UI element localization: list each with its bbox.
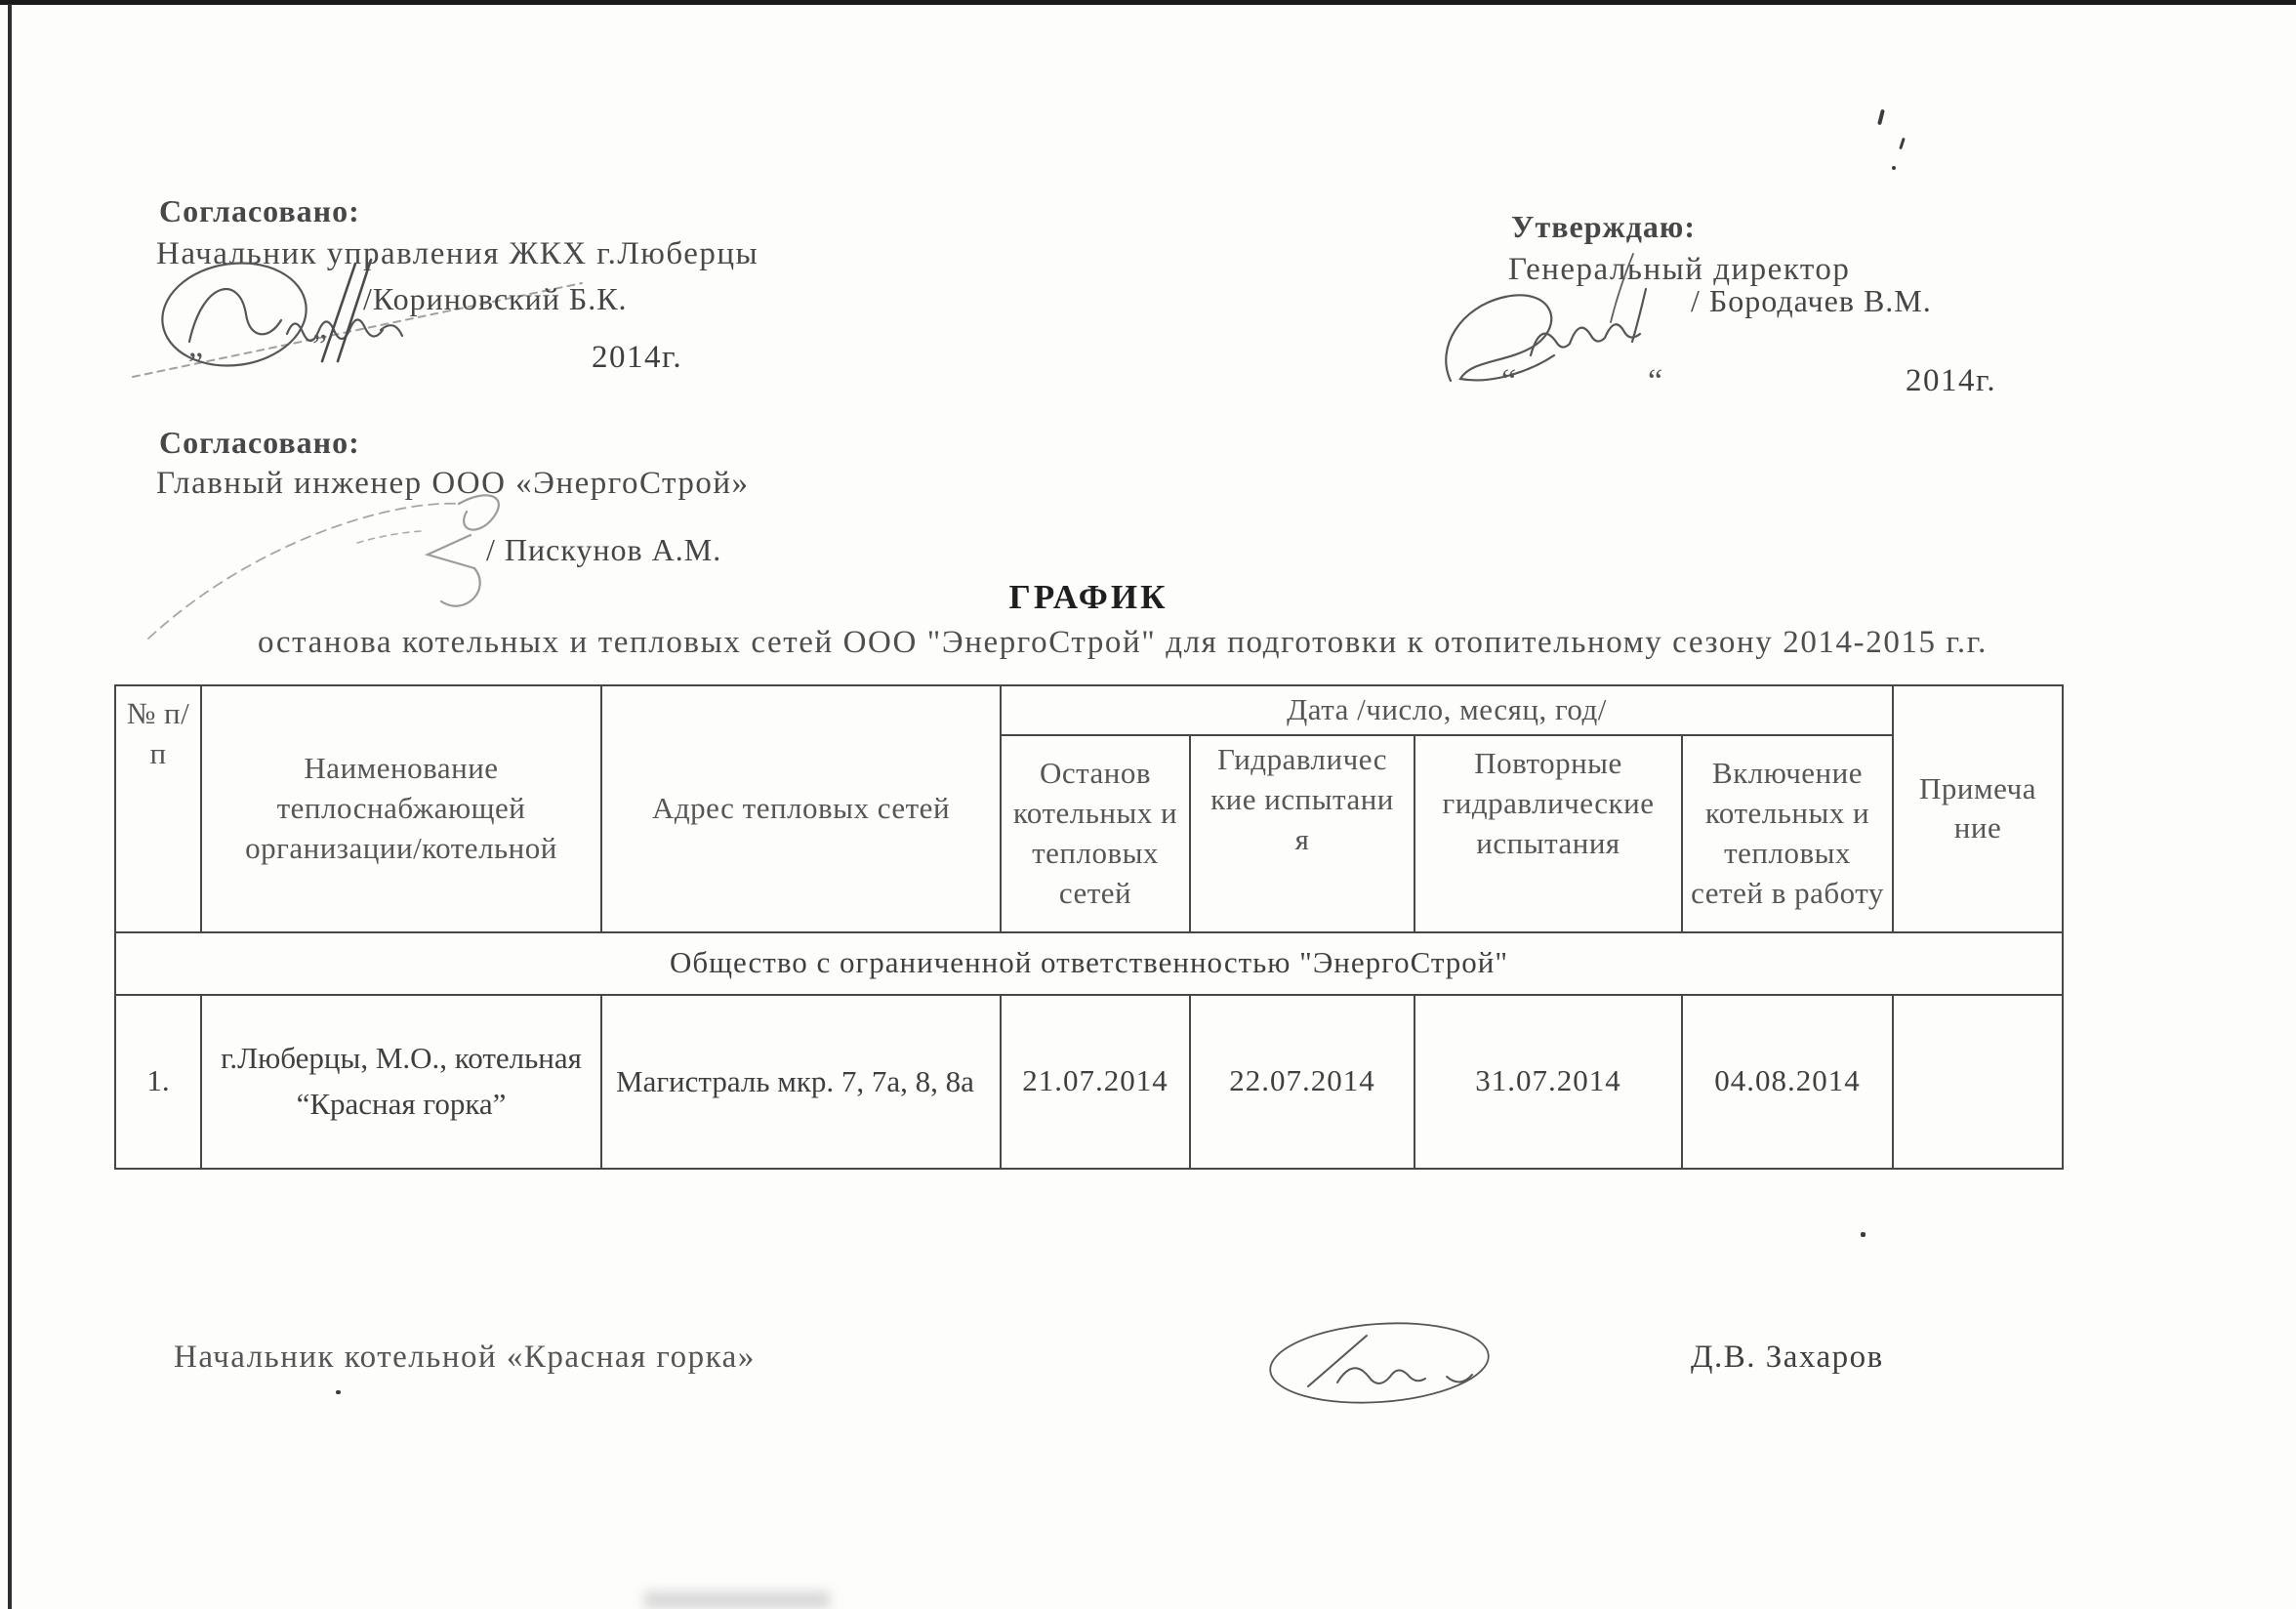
scan-smudge: [644, 1591, 830, 1609]
cell-note: [1893, 995, 2063, 1169]
approval-left-signatory: /Кориновский Б.К.: [363, 281, 628, 317]
page-subtitle: останова котельных и тепловых сетей ООО …: [258, 625, 1988, 660]
col-header-address: Адрес тепловых сетей: [601, 685, 1001, 932]
approval-left2-heading: Согласовано:: [159, 423, 360, 464]
scan-edge-top: [0, 0, 2296, 5]
scan-speck: [1899, 138, 1906, 149]
footer-name: Д.В. Захаров: [1691, 1340, 1884, 1376]
approval-left-heading: Согласовано:: [159, 191, 360, 232]
col-header-org: Наименование теплоснабжающей организации…: [201, 685, 601, 932]
footer-role: Начальник котельной «Красная горка»: [174, 1340, 756, 1376]
scan-speck: [1892, 166, 1896, 170]
korinovsky-signature: [125, 246, 652, 392]
col-header-start: Включение котельных и тепловых сетей в р…: [1682, 735, 1893, 932]
col-header-note: Примечание: [1893, 685, 2063, 932]
schedule-table-wrap: № п/п Наименование теплоснабжающей орган…: [114, 684, 2064, 1170]
approval-left-date: 2014г.: [592, 340, 682, 376]
scan-speck: [336, 1390, 341, 1394]
schedule-table: № п/п Наименование теплоснабжающей орган…: [114, 684, 2064, 1170]
section-row: Общество с ограниченной ответственностью…: [115, 932, 2063, 995]
cell-address: Магистраль мкр. 7, 7а, 8, 8а: [601, 995, 1001, 1169]
table-row: 1. г.Люберцы, М.О., котельная “Красная г…: [115, 995, 2063, 1169]
col-header-hydro: Гидравлические испытания: [1190, 735, 1414, 932]
document-page: Согласовано: Начальник управления ЖКХ г.…: [0, 0, 2296, 1609]
scan-speck: [1861, 1232, 1865, 1237]
cell-start-date: 04.08.2014: [1682, 995, 1893, 1169]
approval-left2-signatory: / Пискунов А.М.: [486, 532, 721, 568]
col-header-date-group: Дата /число, месяц, год/: [1001, 685, 1893, 735]
cell-repeat-date: 31.07.2014: [1414, 995, 1682, 1169]
title-row: ГРАФИК: [0, 578, 2177, 617]
col-header-repeat: Повторные гидравлические испытания: [1414, 735, 1682, 932]
cell-org: г.Люберцы, М.О., котельная “Красная горк…: [201, 995, 601, 1169]
scan-speck: [1877, 109, 1885, 125]
page-title: ГРАФИК: [1009, 578, 1168, 616]
cell-hydro-date: 22.07.2014: [1190, 995, 1414, 1169]
scan-edge-left: [8, 4, 12, 1609]
date-quote-open: „: [188, 328, 203, 365]
date-quote-close: “: [1648, 363, 1662, 400]
borodachev-signature: [1433, 246, 1755, 402]
date-quote-close: ”: [312, 328, 327, 365]
date-quote-open: “: [1501, 363, 1516, 400]
zakharov-signature: [1257, 1316, 1511, 1414]
col-header-num: № п/п: [115, 685, 201, 932]
cell-num: 1.: [115, 995, 201, 1169]
col-header-stop: Останов котельных и тепловых сетей: [1001, 735, 1190, 932]
subtitle-row: останова котельных и тепловых сетей ООО …: [59, 625, 2187, 661]
approval-right-heading: Утверждаю:: [1511, 207, 1696, 248]
approval-right-date: 2014г.: [1906, 363, 1996, 399]
cell-stop-date: 21.07.2014: [1001, 995, 1190, 1169]
approval-right-signatory: / Бородачев В.М.: [1691, 283, 1932, 319]
